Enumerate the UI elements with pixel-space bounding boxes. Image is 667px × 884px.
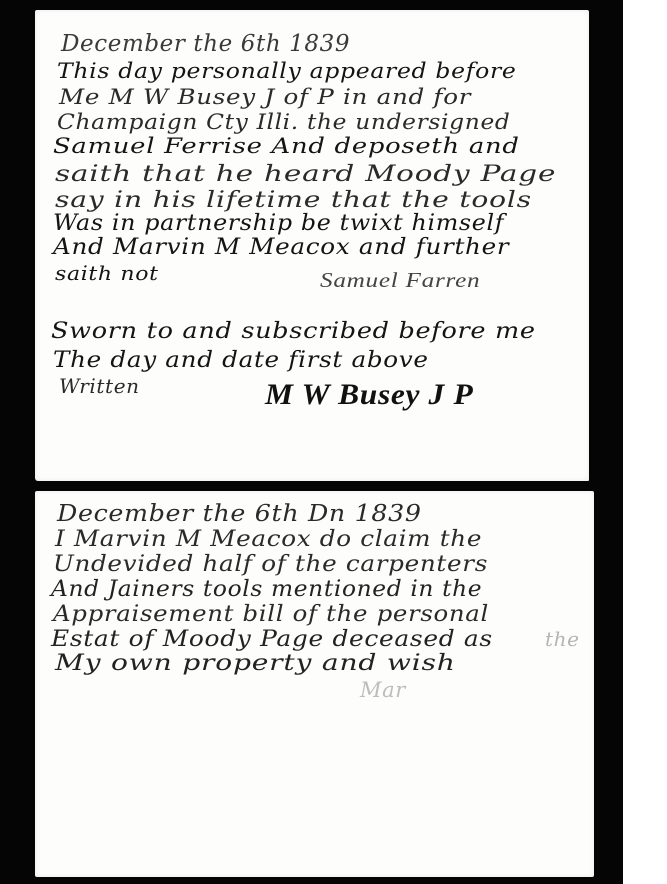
affidavit-line-2: Me M W Busey J of P in and for	[59, 85, 471, 109]
claim-line-1: I Marvin M Meacox do claim the	[55, 527, 482, 552]
affidavit-date: December the 6th 1839	[61, 31, 350, 57]
affidavit-line-5: saith that he heard Moody Page	[55, 162, 556, 187]
claim-sheet: December the 6th Dn 1839 I Marvin M Meac…	[35, 491, 594, 877]
affidavit-line-3: Champaign Cty Illi. the undersigned	[57, 110, 510, 134]
claim-faint-signature: Mar	[360, 678, 406, 702]
affidavit-line-1: This day personally appeared before	[57, 59, 516, 83]
jurat-line-1: Sworn to and subscribed before me	[51, 319, 536, 344]
scan-background: December the 6th 1839 This day personall…	[0, 0, 623, 884]
affidavit-line-8: And Marvin M Meacox and further	[53, 235, 509, 260]
jurat-line-2: The day and date first above	[53, 348, 429, 373]
affidavit-line-4: Samuel Ferrise And deposeth and	[53, 134, 520, 158]
claim-line-4: Appraisement bill of the personal	[53, 602, 489, 627]
justice-signature: M W Busey J P	[265, 378, 473, 412]
claim-line-3: And Jainers tools mentioned in the	[51, 577, 482, 602]
affidavit-line-6: say in his lifetime that the tools	[55, 188, 532, 213]
deponent-signature: Samuel Farren	[320, 268, 480, 293]
claim-line-2: Undevided half of the carpenters	[53, 552, 488, 577]
claim-line-5: Estat of Moody Page deceased as	[51, 627, 493, 652]
claim-line-6: My own property and wish	[55, 651, 456, 676]
affidavit-sheet: December the 6th 1839 This day personall…	[35, 10, 589, 481]
affidavit-line-9: saith not	[55, 261, 159, 285]
affidavit-line-7: Was in partnership be twixt himself	[53, 211, 504, 236]
jurat-line-3: Written	[59, 374, 140, 398]
claim-date: December the 6th Dn 1839	[57, 501, 422, 527]
claim-faint-tail: the	[545, 627, 580, 651]
